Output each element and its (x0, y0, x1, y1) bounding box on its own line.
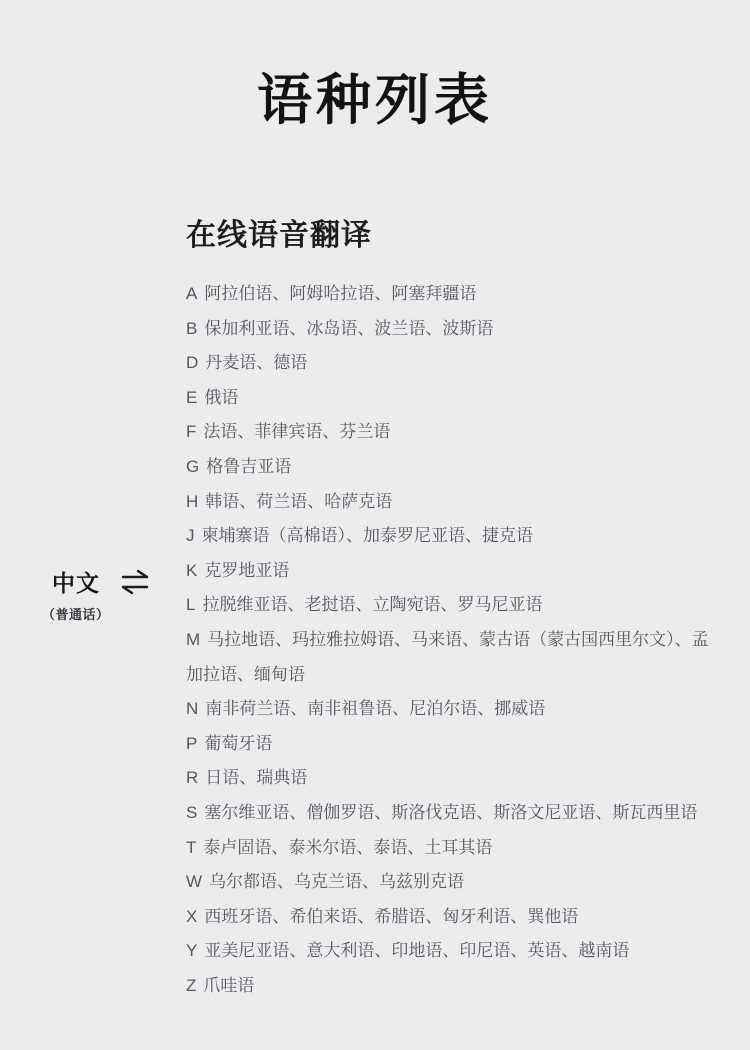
language-group-row: Z爪哇语 (186, 969, 710, 1004)
group-languages: 丹麦语、德语 (205, 353, 307, 372)
group-languages: 韩语、荷兰语、哈萨克语 (205, 492, 392, 511)
group-letter: D (186, 346, 198, 381)
group-letter: Z (186, 969, 196, 1004)
group-letter: P (186, 727, 197, 762)
group-languages: 克罗地亚语 (204, 561, 289, 580)
language-group-row: K克罗地亚语 (186, 554, 710, 589)
language-list: A阿拉伯语、阿姆哈拉语、阿塞拜疆语 B保加利亚语、冰岛语、波兰语、波斯语 D丹麦… (186, 277, 710, 1003)
group-letter: J (186, 519, 195, 554)
group-letter: X (186, 900, 197, 935)
group-languages: 格鲁吉亚语 (206, 457, 291, 476)
group-letter: W (186, 865, 202, 900)
group-letter: M (186, 623, 200, 658)
language-group-row: H韩语、荷兰语、哈萨克语 (186, 485, 710, 520)
group-languages: 南非荷兰语、南非祖鲁语、尼泊尔语、挪威语 (205, 699, 545, 718)
source-language-name: 中文 (52, 565, 100, 598)
group-letter: H (186, 485, 198, 520)
group-languages: 泰卢固语、泰米尔语、泰语、土耳其语 (203, 838, 492, 857)
group-letter: L (186, 588, 195, 623)
group-letter: E (186, 381, 197, 416)
language-group-row: R日语、瑞典语 (186, 761, 710, 796)
group-letter: A (186, 277, 197, 312)
group-letter: S (186, 796, 197, 831)
language-group-row: D丹麦语、德语 (186, 346, 710, 381)
group-languages: 亚美尼亚语、意大利语、印地语、印尼语、英语、越南语 (204, 941, 629, 960)
language-group-row: W乌尔都语、乌克兰语、乌兹别克语 (186, 865, 710, 900)
language-group-row: X西班牙语、希伯来语、希腊语、匈牙利语、巽他语 (186, 900, 710, 935)
group-languages: 马拉地语、玛拉雅拉姆语、马来语、蒙古语（蒙古国西里尔文）、孟加拉语、缅甸语 (186, 630, 709, 684)
group-letter: T (186, 831, 196, 866)
group-languages: 保加利亚语、冰岛语、波兰语、波斯语 (204, 319, 493, 338)
group-letter: K (186, 554, 197, 589)
group-letter: R (186, 761, 198, 796)
group-languages: 柬埔寨语（高棉语）、加泰罗尼亚语、捷克语 (202, 526, 534, 545)
language-group-row: G格鲁吉亚语 (186, 450, 710, 485)
group-letter: N (186, 692, 198, 727)
language-group-row: L拉脱维亚语、老挝语、立陶宛语、罗马尼亚语 (186, 588, 710, 623)
group-languages: 法语、菲律宾语、芬兰语 (203, 422, 390, 441)
group-letter: G (186, 450, 199, 485)
source-language-row: 中文 (42, 565, 172, 598)
language-group-row: P葡萄牙语 (186, 727, 710, 762)
group-languages: 拉脱维亚语、老挝语、立陶宛语、罗马尼亚语 (202, 595, 542, 614)
language-group-row: T泰卢固语、泰米尔语、泰语、土耳其语 (186, 831, 710, 866)
group-letter: Y (186, 934, 197, 969)
source-language-variant: （普通话） (42, 604, 172, 623)
group-languages: 西班牙语、希伯来语、希腊语、匈牙利语、巽他语 (204, 907, 578, 926)
section-title: 在线语音翻译 (186, 218, 710, 254)
language-group-row: J柬埔寨语（高棉语）、加泰罗尼亚语、捷克语 (186, 519, 710, 554)
group-languages: 阿拉伯语、阿姆哈拉语、阿塞拜疆语 (204, 284, 476, 303)
source-language-block: 中文 （普通话） (42, 565, 172, 623)
language-group-row: B保加利亚语、冰岛语、波兰语、波斯语 (186, 312, 710, 347)
group-letter: F (186, 415, 196, 450)
language-group-row: N南非荷兰语、南非祖鲁语、尼泊尔语、挪威语 (186, 692, 710, 727)
language-group-row: A阿拉伯语、阿姆哈拉语、阿塞拜疆语 (186, 277, 710, 312)
group-languages: 乌尔都语、乌克兰语、乌兹别克语 (209, 872, 464, 891)
swap-arrows-icon (120, 569, 150, 595)
language-group-row: E俄语 (186, 381, 710, 416)
group-letter: B (186, 312, 197, 347)
content-column: 在线语音翻译 A阿拉伯语、阿姆哈拉语、阿塞拜疆语 B保加利亚语、冰岛语、波兰语、… (186, 218, 710, 1003)
language-group-row: Y亚美尼亚语、意大利语、印地语、印尼语、英语、越南语 (186, 934, 710, 969)
page-title: 语种列表 (0, 0, 750, 130)
group-languages: 葡萄牙语 (204, 734, 272, 753)
language-list-page: 语种列表 中文 （普通话） 在线语音翻译 A阿拉伯语、阿姆哈拉语、阿塞拜疆语 (0, 0, 750, 1050)
language-group-row: S塞尔维亚语、僧伽罗语、斯洛伐克语、斯洛文尼亚语、斯瓦西里语 (186, 796, 710, 831)
group-languages: 俄语 (204, 388, 238, 407)
group-languages: 塞尔维亚语、僧伽罗语、斯洛伐克语、斯洛文尼亚语、斯瓦西里语 (204, 803, 697, 822)
language-group-row: M马拉地语、玛拉雅拉姆语、马来语、蒙古语（蒙古国西里尔文）、孟加拉语、缅甸语 (186, 623, 710, 692)
language-group-row: F法语、菲律宾语、芬兰语 (186, 415, 710, 450)
group-languages: 日语、瑞典语 (205, 768, 307, 787)
group-languages: 爪哇语 (203, 976, 254, 995)
